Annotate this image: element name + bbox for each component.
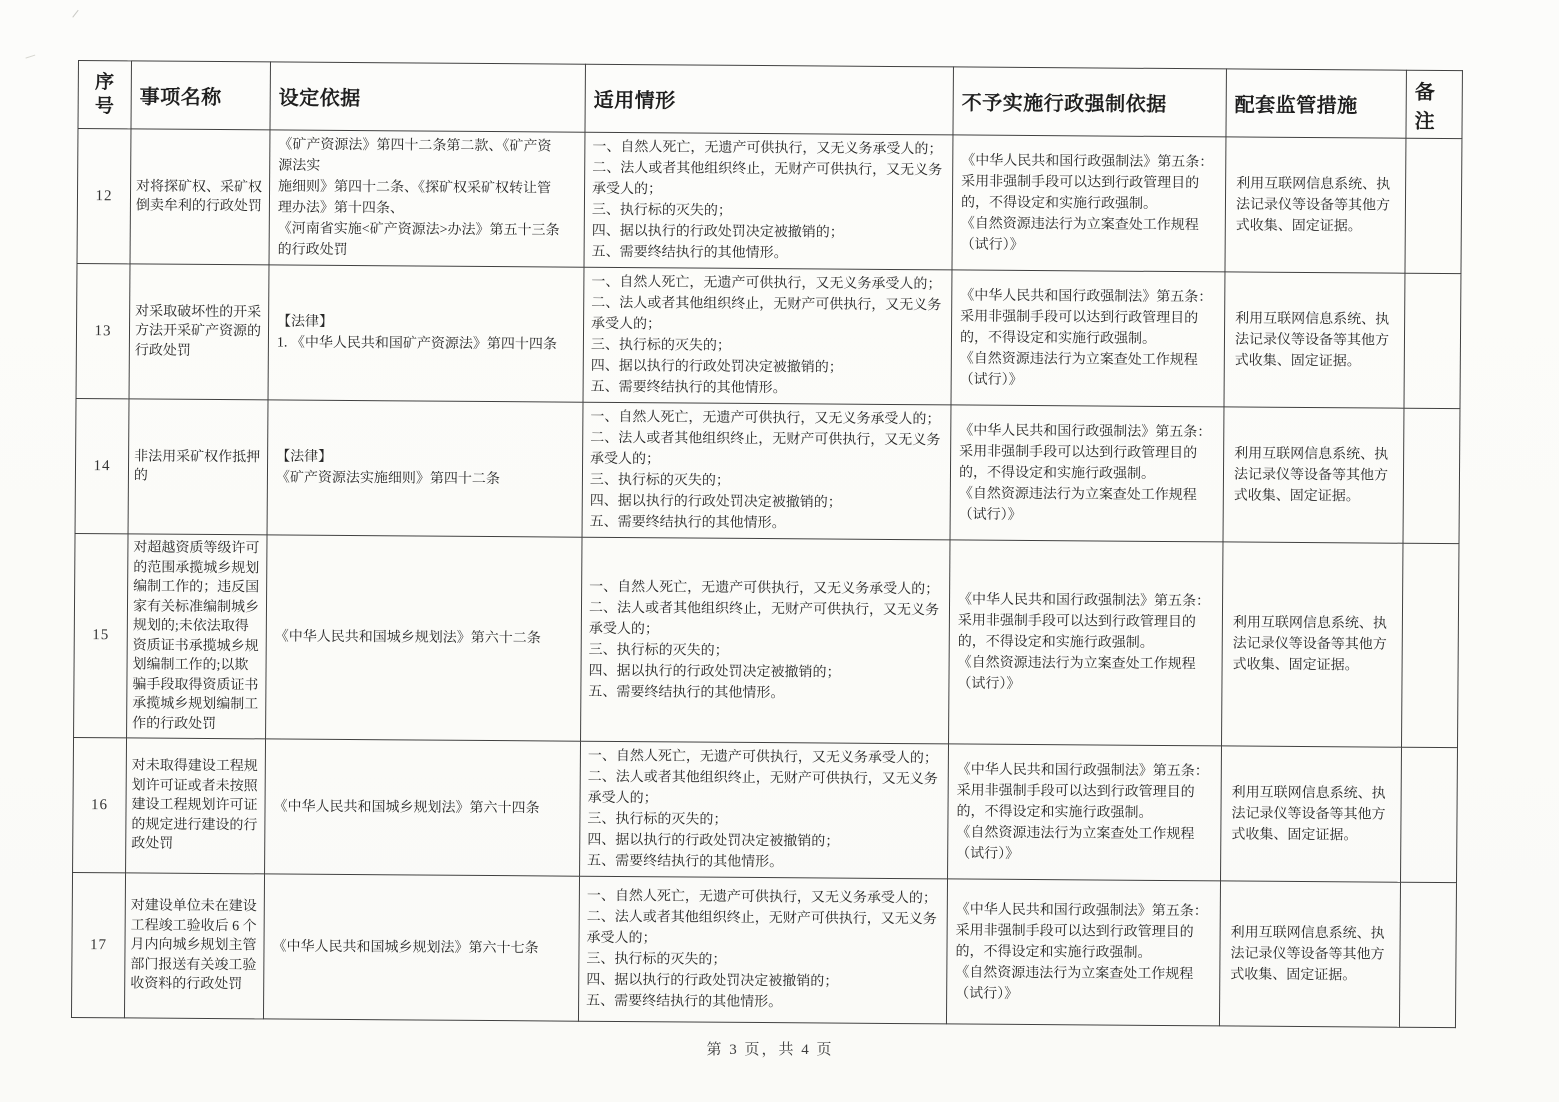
cell-item-name: 对未取得建设工程规划许可证或者未按照建设工程规划许可证的规定进行建设的行政处罚 bbox=[126, 738, 266, 874]
scan-artifact bbox=[72, 10, 85, 23]
cell-no-enforcement-basis: 《中华人民共和国行政强制法》第五条： 采用非强制手段可以达到行政管理目的 的，不… bbox=[950, 405, 1224, 542]
cell-item-name: 对将探矿权、采矿权倒卖牟利的行政处罚 bbox=[130, 129, 270, 265]
cell-remark bbox=[1403, 408, 1460, 543]
header-row: 序 号 事项名称 设定依据 适用情形 不予实施行政强制依据 配套监管措施 备注 bbox=[78, 61, 1462, 139]
cell-seq: 17 bbox=[71, 872, 125, 1017]
cell-no-enforcement-basis: 《中华人民共和国行政强制法》第五条： 采用非强制手段可以达到行政管理目的 的，不… bbox=[951, 270, 1225, 407]
cell-applicable-situations: 一、自然人死亡，无遗产可供执行，又无义务承受人的； 二、法人或者其他组织终止，无… bbox=[578, 876, 947, 1024]
column-header-applicable-situations: 适用情形 bbox=[585, 64, 953, 135]
cell-applicable-situations: 一、自然人死亡，无遗产可供执行，又无义务承受人的； 二、法人或者其他组织终止，无… bbox=[583, 267, 952, 405]
cell-setting-basis: 【法律】 《矿产资源法实施细则》第四十二条 bbox=[267, 400, 583, 537]
cell-remark bbox=[1405, 138, 1462, 273]
cell-no-enforcement-basis: 《中华人民共和国行政强制法》第五条： 采用非强制手段可以达到行政管理目的 的，不… bbox=[952, 135, 1226, 272]
page-number: 第 3 页，共 4 页 bbox=[78, 1038, 1462, 1059]
cell-item-name: 对采取破坏性的开采方法开采矿产资源的行政处罚 bbox=[129, 264, 269, 400]
table-body: 12 对将探矿权、采矿权倒卖牟利的行政处罚 《矿产资源法》第四十二条第二款、《矿… bbox=[71, 129, 1461, 1028]
cell-setting-basis: 《矿产资源法》第四十二条第二款、《矿产资 源法实 施细则》第四十二条、《探矿权采… bbox=[269, 130, 585, 267]
cell-setting-basis: 《中华人民共和国城乡规划法》第六十二条 bbox=[266, 535, 582, 741]
cell-supervision-measures: 利用互联网信息系统、执 法记录仪等设备等其他方 式收集、固定证据。 bbox=[1224, 272, 1405, 408]
table-row: 17 对建设单位未在建设工程竣工验收后 6 个月内向城乡规划主管部门报送有关竣工… bbox=[71, 872, 1456, 1027]
administrative-enforcement-table: 序 号 事项名称 设定依据 适用情形 不予实施行政强制依据 配套监管措施 备注 … bbox=[71, 60, 1463, 1028]
table-header: 序 号 事项名称 设定依据 适用情形 不予实施行政强制依据 配套监管措施 备注 bbox=[78, 61, 1462, 139]
column-header-seq: 序 号 bbox=[78, 61, 131, 129]
cell-supervision-measures: 利用互联网信息系统、执 法记录仪等设备等其他方 式收集、固定证据。 bbox=[1225, 137, 1406, 273]
scanned-document-page: 序 号 事项名称 设定依据 适用情形 不予实施行政强制依据 配套监管措施 备注 … bbox=[0, 0, 1559, 1102]
cell-setting-basis: 【法律】 1. 《中华人民共和国矿产资源法》第四十四条 bbox=[268, 265, 584, 402]
cell-remark bbox=[1404, 273, 1461, 408]
cell-seq: 14 bbox=[75, 398, 129, 533]
cell-supervision-measures: 利用互联网信息系统、执 法记录仪等设备等其他方 式收集、固定证据。 bbox=[1222, 542, 1403, 747]
cell-no-enforcement-basis: 《中华人民共和国行政强制法》第五条： 采用非强制手段可以达到行政管理目的 的，不… bbox=[946, 879, 1220, 1026]
table-row: 16 对未取得建设工程规划许可证或者未按照建设工程规划许可证的规定进行建设的行政… bbox=[73, 737, 1458, 882]
cell-seq: 16 bbox=[73, 737, 127, 872]
table-row: 12 对将探矿权、采矿权倒卖牟利的行政处罚 《矿产资源法》第四十二条第二款、《矿… bbox=[77, 129, 1462, 274]
table-sheet: 序 号 事项名称 设定依据 适用情形 不予实施行政强制依据 配套监管措施 备注 … bbox=[71, 60, 1463, 1028]
cell-no-enforcement-basis: 《中华人民共和国行政强制法》第五条： 采用非强制手段可以达到行政管理目的 的，不… bbox=[948, 744, 1222, 881]
cell-applicable-situations: 一、自然人死亡，无遗产可供执行，又无义务承受人的； 二、法人或者其他组织终止，无… bbox=[580, 741, 949, 879]
cell-setting-basis: 《中华人民共和国城乡规划法》第六十四条 bbox=[265, 739, 581, 876]
column-header-supervision-measures: 配套监管措施 bbox=[1226, 69, 1406, 138]
cell-supervision-measures: 利用互联网信息系统、执 法记录仪等设备等其他方 式收集、固定证据。 bbox=[1219, 881, 1400, 1027]
table-row: 15 对超越资质等级许可的范围承揽城乡规划编制工作的；违反国家有关标准编制城乡规… bbox=[74, 533, 1459, 747]
cell-remark bbox=[1401, 747, 1458, 882]
cell-no-enforcement-basis: 《中华人民共和国行政强制法》第五条： 采用非强制手段可以达到行政管理目的 的，不… bbox=[949, 540, 1223, 746]
scan-artifact bbox=[25, 55, 36, 63]
column-header-remarks: 备注 bbox=[1406, 70, 1462, 138]
cell-remark bbox=[1401, 543, 1458, 747]
column-header-item-name: 事项名称 bbox=[131, 61, 270, 130]
cell-applicable-situations: 一、自然人死亡，无遗产可供执行，又无义务承受人的； 二、法人或者其他组织终止，无… bbox=[581, 537, 950, 744]
column-header-setting-basis: 设定依据 bbox=[270, 62, 585, 132]
cell-applicable-situations: 一、自然人死亡，无遗产可供执行，又无义务承受人的； 二、法人或者其他组织终止，无… bbox=[582, 402, 951, 540]
cell-remark bbox=[1399, 882, 1456, 1027]
column-header-no-enforcement-basis: 不予实施行政强制依据 bbox=[953, 67, 1226, 137]
cell-seq: 12 bbox=[77, 129, 131, 264]
cell-applicable-situations: 一、自然人死亡，无遗产可供执行，又无义务承受人的； 二、法人或者其他组织终止，无… bbox=[584, 132, 953, 270]
cell-setting-basis: 《中华人民共和国城乡规划法》第六十七条 bbox=[263, 874, 579, 1021]
cell-item-name: 对建设单位未在建设工程竣工验收后 6 个月内向城乡规划主管部门报送有关竣工验收资… bbox=[124, 873, 264, 1019]
cell-supervision-measures: 利用互联网信息系统、执 法记录仪等设备等其他方 式收集、固定证据。 bbox=[1223, 407, 1404, 543]
table-row: 14 非法用采矿权作抵押的 【法律】 《矿产资源法实施细则》第四十二条 一、自然… bbox=[75, 398, 1460, 543]
table-row: 13 对采取破坏性的开采方法开采矿产资源的行政处罚 【法律】 1. 《中华人民共… bbox=[76, 263, 1461, 408]
cell-supervision-measures: 利用互联网信息系统、执 法记录仪等设备等其他方 式收集、固定证据。 bbox=[1221, 746, 1402, 882]
cell-seq: 15 bbox=[74, 533, 128, 737]
cell-item-name: 对超越资质等级许可的范围承揽城乡规划编制工作的；违反国家有关标准编制城乡规划的;… bbox=[127, 534, 267, 739]
cell-seq: 13 bbox=[76, 263, 130, 398]
cell-item-name: 非法用采矿权作抵押的 bbox=[128, 399, 268, 535]
